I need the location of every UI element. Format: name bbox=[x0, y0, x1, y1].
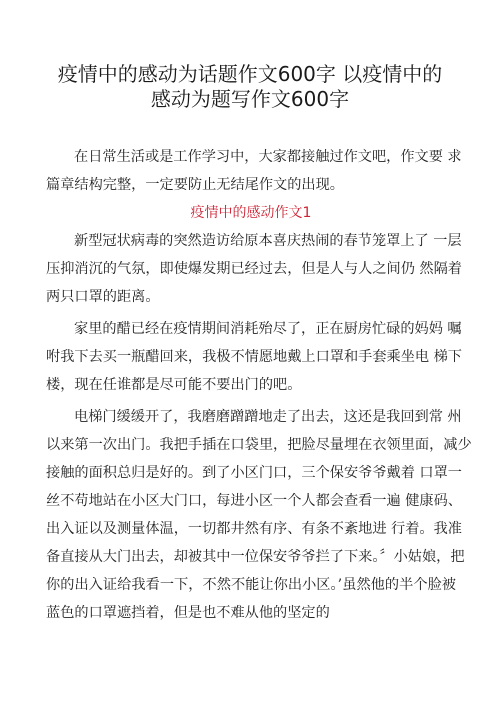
text-line: 你的出入证给我看一下，不然不能让你出小区。’虽然他的半个脸被 bbox=[46, 571, 456, 599]
text-line: 以来第一次出门。我把手插在口袋里，把脸尽量埋在衣领里面，减少 bbox=[46, 431, 456, 459]
paragraph-1: 新型冠状病毒的突然造访给原本喜庆热闹的春节笼罩上了 一层 压抑消沉的气氛，即使爆… bbox=[46, 227, 456, 311]
text-line: 备直接从大门出去，却被其中一位保安爷爷拦了下来。〞小姑娘，把 bbox=[46, 543, 456, 571]
text-line: 篇章结构完整，一定要防止无结尾作文的出现。 bbox=[46, 171, 456, 199]
text-line: 楼，现在任谁都是尽可能不要出门的吧。 bbox=[46, 371, 456, 399]
intro-paragraph: 在日常生活或是工作学习中，大家都接触过作文吧，作文要 求 篇章结构完整，一定要防… bbox=[46, 143, 456, 199]
text-line: 接触的面积总归是好的。到了小区门口，三个保安爷爷戴着 口罩一 bbox=[46, 459, 456, 487]
title-line-2: 感动为题写作文600字 bbox=[0, 87, 500, 112]
section-heading: 疫情中的感动作文1 bbox=[46, 199, 456, 227]
text-line: 新型冠状病毒的突然造访给原本喜庆热闹的春节笼罩上了 一层 bbox=[46, 227, 456, 255]
title-line-1: 疫情中的感动为话题作文600字 以疫情中的 bbox=[0, 62, 500, 87]
document-page: 疫情中的感动为话题作文600字 以疫情中的 感动为题写作文600字 在日常生活或… bbox=[0, 0, 500, 705]
text-line: 出入证以及测量体温，一切都井然有序、有条不紊地进 行着。我准 bbox=[46, 515, 456, 543]
text-line: 丝不苟地站在小区大门口，每进小区一个人都会查看一遍 健康码、 bbox=[46, 487, 456, 515]
text-line: 家里的醋已经在疫情期间消耗殆尽了，正在厨房忙碌的妈妈 嘱 bbox=[46, 315, 456, 343]
document-title: 疫情中的感动为话题作文600字 以疫情中的 感动为题写作文600字 bbox=[0, 62, 500, 112]
text-line: 两只口罩的距离。 bbox=[46, 283, 456, 311]
document-body: 在日常生活或是工作学习中，大家都接触过作文吧，作文要 求 篇章结构完整，一定要防… bbox=[46, 143, 456, 627]
text-line: 压抑消沉的气氛，即使爆发期已经过去，但是人与人之间仍 然隔着 bbox=[46, 255, 456, 283]
text-line: 电梯门缓缓开了，我磨磨蹭蹭地走了出去，这还是我回到常 州 bbox=[46, 403, 456, 431]
text-line: 蓝色的口罩遮挡着，但是也不难从他的坚定的 bbox=[46, 599, 456, 627]
paragraph-3: 电梯门缓缓开了，我磨磨蹭蹭地走了出去，这还是我回到常 州 以来第一次出门。我把手… bbox=[46, 403, 456, 627]
text-line: 在日常生活或是工作学习中，大家都接触过作文吧，作文要 求 bbox=[46, 143, 456, 171]
text-line: 咐我下去买一瓶醋回来，我极不情愿地戴上口罩和手套乘坐电 梯下 bbox=[46, 343, 456, 371]
paragraph-2: 家里的醋已经在疫情期间消耗殆尽了，正在厨房忙碌的妈妈 嘱 咐我下去买一瓶醋回来，… bbox=[46, 315, 456, 399]
